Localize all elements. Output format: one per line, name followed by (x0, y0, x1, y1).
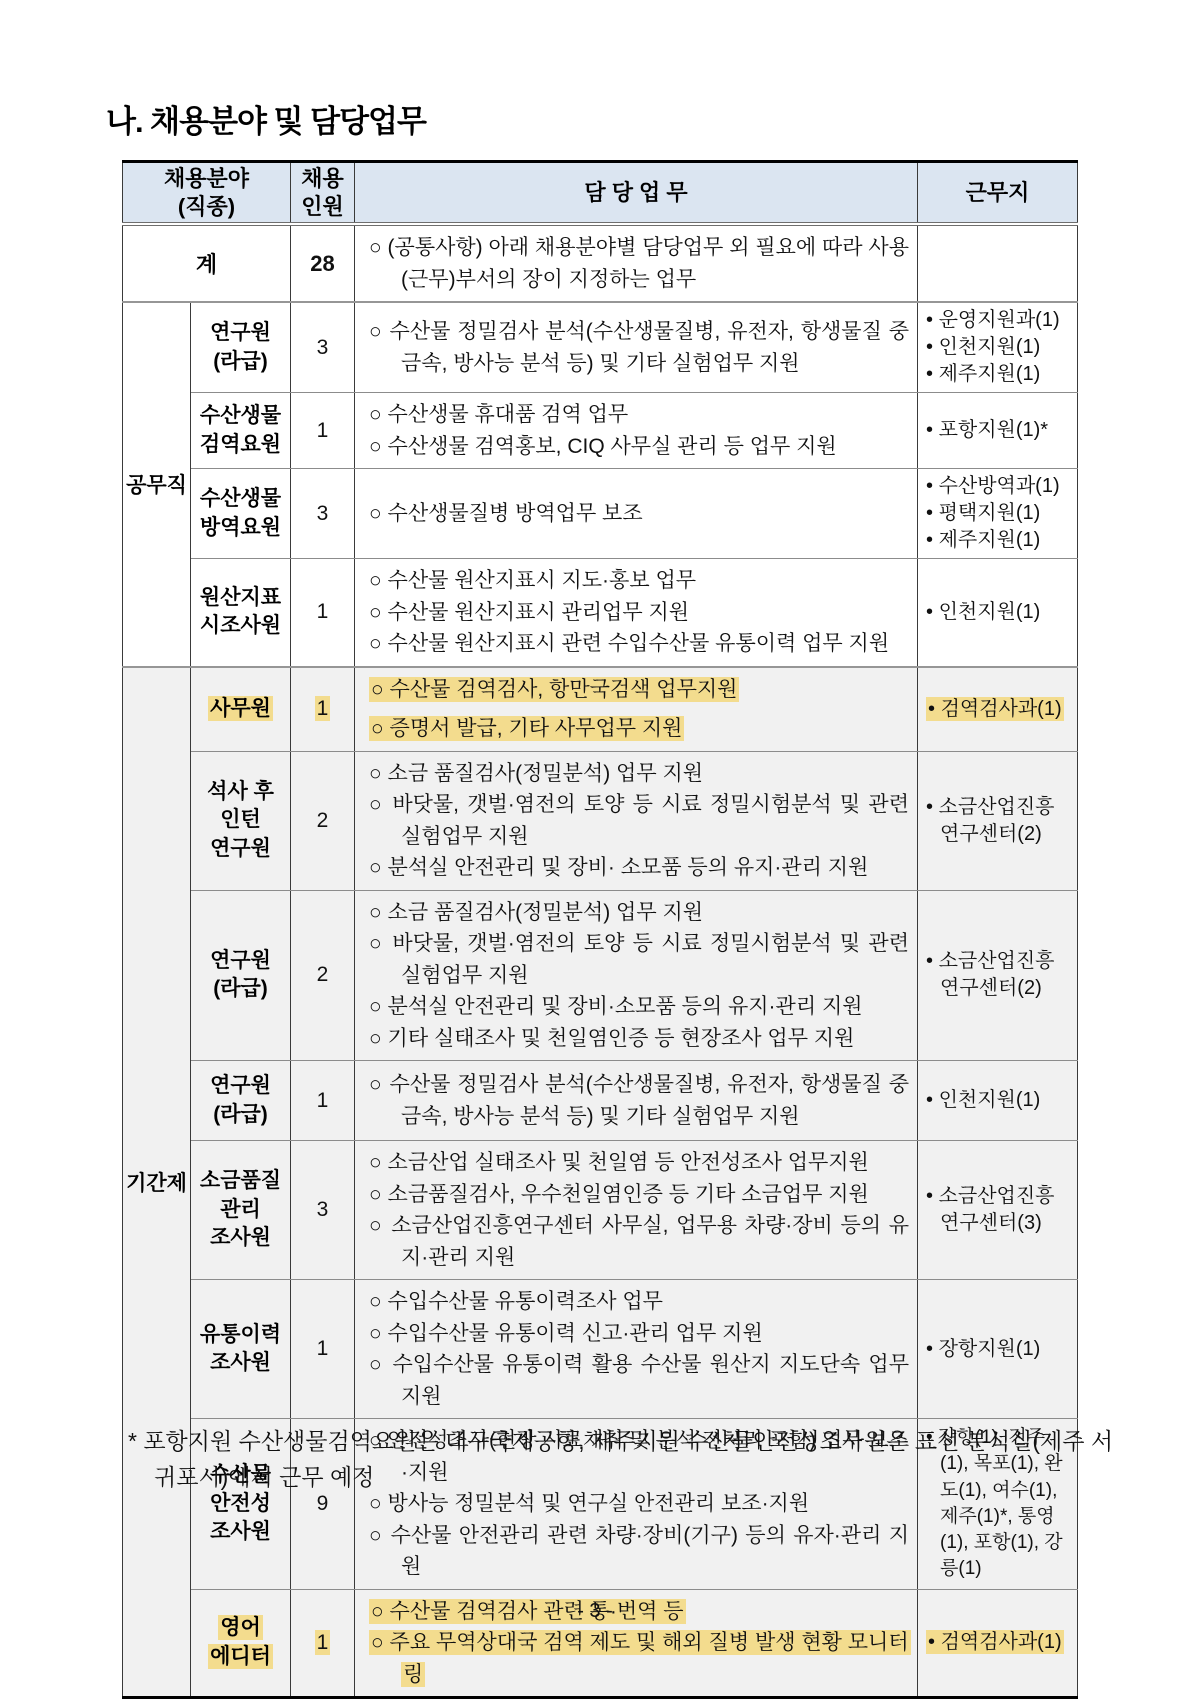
job-duties: ○ 소금 품질검사(정밀분석) 업무 지원 ○ 바닷물, 갯벌·염전의 토양 등… (355, 890, 918, 1061)
job-count: 3 (291, 469, 355, 559)
duty-line: ○ 수산생물질병 방역업무 보조 (369, 498, 909, 530)
job-title: 사무원 (191, 667, 291, 752)
duty-line: ○ 바닷물, 갯벌·염전의 토양 등 시료 정밀시험분석 및 관련 실험업무 지… (369, 928, 909, 991)
highlighted-text: 1 (315, 696, 331, 721)
table-header-row: 채용분야 (직종) 채용 인원 담 당 업 무 근무지 (123, 162, 1078, 225)
job-duties: ○ 수산물 정밀검사 분석(수산생물질병, 유전자, 항생물질 중금속, 방사능… (355, 1061, 918, 1141)
location-line: • 인천지원(1) (926, 1087, 1073, 1114)
table-row: 수산생물 방역요원 3 ○ 수산생물질병 방역업무 보조 • 수산방역과(1) … (123, 469, 1078, 559)
header-count: 채용 인원 (291, 162, 355, 225)
duty-line: ○ 수산물 원산지표시 관련 수입수산물 유통이력 업무 지원 (369, 628, 909, 660)
table-row: 유통이력 조사원 1 ○ 수입수산물 유통이력조사 업무 ○ 수입수산물 유통이… (123, 1280, 1078, 1419)
group-label-public: 공무직 (123, 302, 191, 667)
job-location: • 소금산업진흥 연구센터(3) (918, 1141, 1078, 1280)
job-title: 연구원 (라급) (191, 302, 291, 393)
location-line: • 포항지원(1)* (926, 417, 1073, 444)
job-duties: ○ 수산생물 휴대품 검역 업무 ○ 수산생물 검역홍보, CIQ 사무실 관리… (355, 393, 918, 469)
duty-line: ○ 소금품질검사, 우수천일염인증 등 기타 소금업무 지원 (369, 1179, 909, 1211)
job-location: • 인천지원(1) (918, 559, 1078, 667)
table-row: 연구원 (라급) 1 ○ 수산물 정밀검사 분석(수산생물질병, 유전자, 항생… (123, 1061, 1078, 1141)
highlighted-text: ○ 주요 무역상대국 검역 제도 및 해외 질병 발생 현황 모니터링 (369, 1630, 911, 1687)
job-duties: ○ 소금 품질검사(정밀분석) 업무 지원 ○ 바닷물, 갯벌·염전의 토양 등… (355, 751, 918, 890)
table-row: 수산생물 검역요원 1 ○ 수산생물 휴대품 검역 업무 ○ 수산생물 검역홍보… (123, 393, 1078, 469)
total-label: 계 (123, 224, 291, 302)
page-title: 나. 채용분야 및 담당업무 (106, 96, 426, 141)
total-duties: ○ (공통사항) 아래 채용분야별 담당업무 외 필요에 따라 사용(근무)부서… (355, 224, 918, 302)
duty-line: ○ 수산생물 휴대품 검역 업무 (369, 399, 909, 431)
table-row: 소금품질 관리 조사원 3 ○ 소금산업 실태조사 및 천일염 등 안전성조사 … (123, 1141, 1078, 1280)
duty-line: ○ (공통사항) 아래 채용분야별 담당업무 외 필요에 따라 사용(근무)부서… (369, 232, 909, 295)
location-line: • 제주지원(1) (926, 527, 1073, 554)
duty-line: ○ 소금산업진흥연구센터 사무실, 업무용 차량·장비 등의 유지·관리 지원 (369, 1210, 909, 1273)
job-location: • 운영지원과(1) • 인천지원(1) • 제주지원(1) (918, 302, 1078, 393)
job-title: 유통이력 조사원 (191, 1280, 291, 1419)
highlighted-text: 사무원 (208, 696, 273, 721)
job-title: 소금품질 관리 조사원 (191, 1141, 291, 1280)
location-line: • 검역검사과(1) (926, 696, 1073, 723)
location-line: • 소금산업진흥 연구센터(2) (926, 948, 1073, 1002)
duty-line: ○ 수산물 안전관리 관련 차량·장비(기구) 등의 유자·관리 지원 (369, 1520, 909, 1583)
job-title: 수산생물 검역요원 (191, 393, 291, 469)
location-line: • 제주지원(1) (926, 361, 1073, 388)
duty-line: ○ 수입수산물 유통이력조사 업무 (369, 1286, 909, 1318)
location-line: • 평택지원(1) (926, 500, 1073, 527)
header-field: 채용분야 (직종) (123, 162, 291, 225)
location-line: • 인천지원(1) (926, 599, 1073, 626)
duty-line: ○ 수산물 원산지표시 지도·홍보 업무 (369, 565, 909, 597)
table-row: 공무직 연구원 (라급) 3 ○ 수산물 정밀검사 분석(수산생물질병, 유전자… (123, 302, 1078, 393)
job-location: • 소금산업진흥 연구센터(2) (918, 751, 1078, 890)
duty-line: ○ 수산물 원산지표시 관리업무 지원 (369, 597, 909, 629)
job-duties: ○ 수입수산물 유통이력조사 업무 ○ 수입수산물 유통이력 신고·관리 업무 … (355, 1280, 918, 1419)
job-duties: ○ 수산생물질병 방역업무 보조 (355, 469, 918, 559)
job-count: 1 (291, 559, 355, 667)
total-location (918, 224, 1078, 302)
highlighted-text: • 검역검사과(1) (926, 697, 1064, 721)
job-location: • 소금산업진흥 연구센터(2) (918, 890, 1078, 1061)
highlighted-text: 1 (315, 1630, 331, 1655)
job-duties: ○ 소금산업 실태조사 및 천일염 등 안전성조사 업무지원 ○ 소금품질검사,… (355, 1141, 918, 1280)
table-row: 석사 후 인턴 연구원 2 ○ 소금 품질검사(정밀분석) 업무 지원 ○ 바닷… (123, 751, 1078, 890)
duty-line: ○ 수산생물 검역홍보, CIQ 사무실 관리 등 업무 지원 (369, 431, 909, 463)
job-count: 2 (291, 751, 355, 890)
job-title: 수산생물 방역요원 (191, 469, 291, 559)
duty-line: ○ 소금 품질검사(정밀분석) 업무 지원 (369, 758, 909, 790)
location-line: • 인천지원(1) (926, 334, 1073, 361)
job-duties: ○ 수산물 원산지표시 지도·홍보 업무 ○ 수산물 원산지표시 관리업무 지원… (355, 559, 918, 667)
location-line: • 장항지원(1) (926, 1336, 1073, 1363)
duty-line: ○ 소금 품질검사(정밀분석) 업무 지원 (369, 897, 909, 929)
total-count: 28 (291, 224, 355, 302)
job-title: 연구원 (라급) (191, 890, 291, 1061)
duty-line: ○ 수산물 정밀검사 분석(수산생물질병, 유전자, 항생물질 중금속, 방사능… (369, 1069, 909, 1132)
job-location: • 수산방역과(1) • 평택지원(1) • 제주지원(1) (918, 469, 1078, 559)
duty-line: ○ 수산물 정밀검사 분석(수산생물질병, 유전자, 항생물질 중금속, 방사능… (369, 316, 909, 379)
job-title: 원산지표 시조사원 (191, 559, 291, 667)
total-row: 계 28 ○ (공통사항) 아래 채용분야별 담당업무 외 필요에 따라 사용(… (123, 224, 1078, 302)
table-row: 연구원 (라급) 2 ○ 소금 품질검사(정밀분석) 업무 지원 ○ 바닷물, … (123, 890, 1078, 1061)
duty-line: ○ 분석실 안전관리 및 장비· 소모품 등의 유지·관리 지원 (369, 852, 909, 884)
job-count: 2 (291, 890, 355, 1061)
job-count: 1 (291, 1061, 355, 1141)
page-number: - 3 - (0, 1600, 1190, 1623)
duty-line: ○ 수산물 검역검사, 항만국검색 업무지원 (369, 674, 909, 706)
highlighted-text: 영어 에디터 (208, 1615, 273, 1668)
job-location: • 인천지원(1) (918, 1061, 1078, 1141)
location-line: • 검역검사과(1) (926, 1629, 1073, 1656)
header-location: 근무지 (918, 162, 1078, 225)
location-line: • 운영지원과(1) (926, 307, 1073, 334)
job-count: 3 (291, 1141, 355, 1280)
job-count: 1 (291, 1280, 355, 1419)
job-title: 석사 후 인턴 연구원 (191, 751, 291, 890)
duty-line: ○ 기타 실태조사 및 천일염인증 등 현장조사 업무 지원 (369, 1023, 909, 1055)
footnote: * 포항지원 수산생물검역요원은 대구국제공항, 제주지원 수산물안전성조사원은… (128, 1424, 1114, 1495)
duty-line: ○ 수입수산물 유통이력 활용 수산물 원산지 지도단속 업무 지원 (369, 1349, 909, 1412)
highlighted-text: • 검역검사과(1) (926, 1630, 1064, 1654)
group-label-fixed-term: 기간제 (123, 667, 191, 1698)
location-line: • 소금산업진흥 연구센터(3) (926, 1183, 1073, 1237)
duty-line: ○ 분석실 안전관리 및 장비·소모품 등의 유지·관리 지원 (369, 991, 909, 1023)
job-location: • 포항지원(1)* (918, 393, 1078, 469)
job-title: 연구원 (라급) (191, 1061, 291, 1141)
job-count: 1 (291, 667, 355, 752)
highlighted-text: ○ 증명서 발급, 기타 사무업무 지원 (369, 716, 684, 741)
job-count: 1 (291, 393, 355, 469)
job-count: 3 (291, 302, 355, 393)
duty-line: ○ 주요 무역상대국 검역 제도 및 해외 질병 발생 현황 모니터링 (369, 1627, 909, 1690)
header-duties: 담 당 업 무 (355, 162, 918, 225)
job-duties: ○ 수산물 정밀검사 분석(수산생물질병, 유전자, 항생물질 중금속, 방사능… (355, 302, 918, 393)
job-location: • 검역검사과(1) (918, 667, 1078, 752)
table-row: 기간제 사무원 1 ○ 수산물 검역검사, 항만국검색 업무지원 ○ 증명서 발… (123, 667, 1078, 752)
duty-line: ○ 수입수산물 유통이력 신고·관리 업무 지원 (369, 1318, 909, 1350)
location-line: • 소금산업진흥 연구센터(2) (926, 794, 1073, 848)
duty-line: ○ 소금산업 실태조사 및 천일염 등 안전성조사 업무지원 (369, 1147, 909, 1179)
job-duties: ○ 수산물 검역검사, 항만국검색 업무지원 ○ 증명서 발급, 기타 사무업무… (355, 667, 918, 752)
location-line: • 수산방역과(1) (926, 473, 1073, 500)
highlighted-text: ○ 수산물 검역검사, 항만국검색 업무지원 (369, 677, 739, 702)
duty-line: ○ 증명서 발급, 기타 사무업무 지원 (369, 713, 909, 745)
job-location: • 장항지원(1) (918, 1280, 1078, 1419)
duty-line: ○ 바닷물, 갯벌·염전의 토양 등 시료 정밀시험분석 및 관련 실험업무 지… (369, 789, 909, 852)
table-row: 원산지표 시조사원 1 ○ 수산물 원산지표시 지도·홍보 업무 ○ 수산물 원… (123, 559, 1078, 667)
